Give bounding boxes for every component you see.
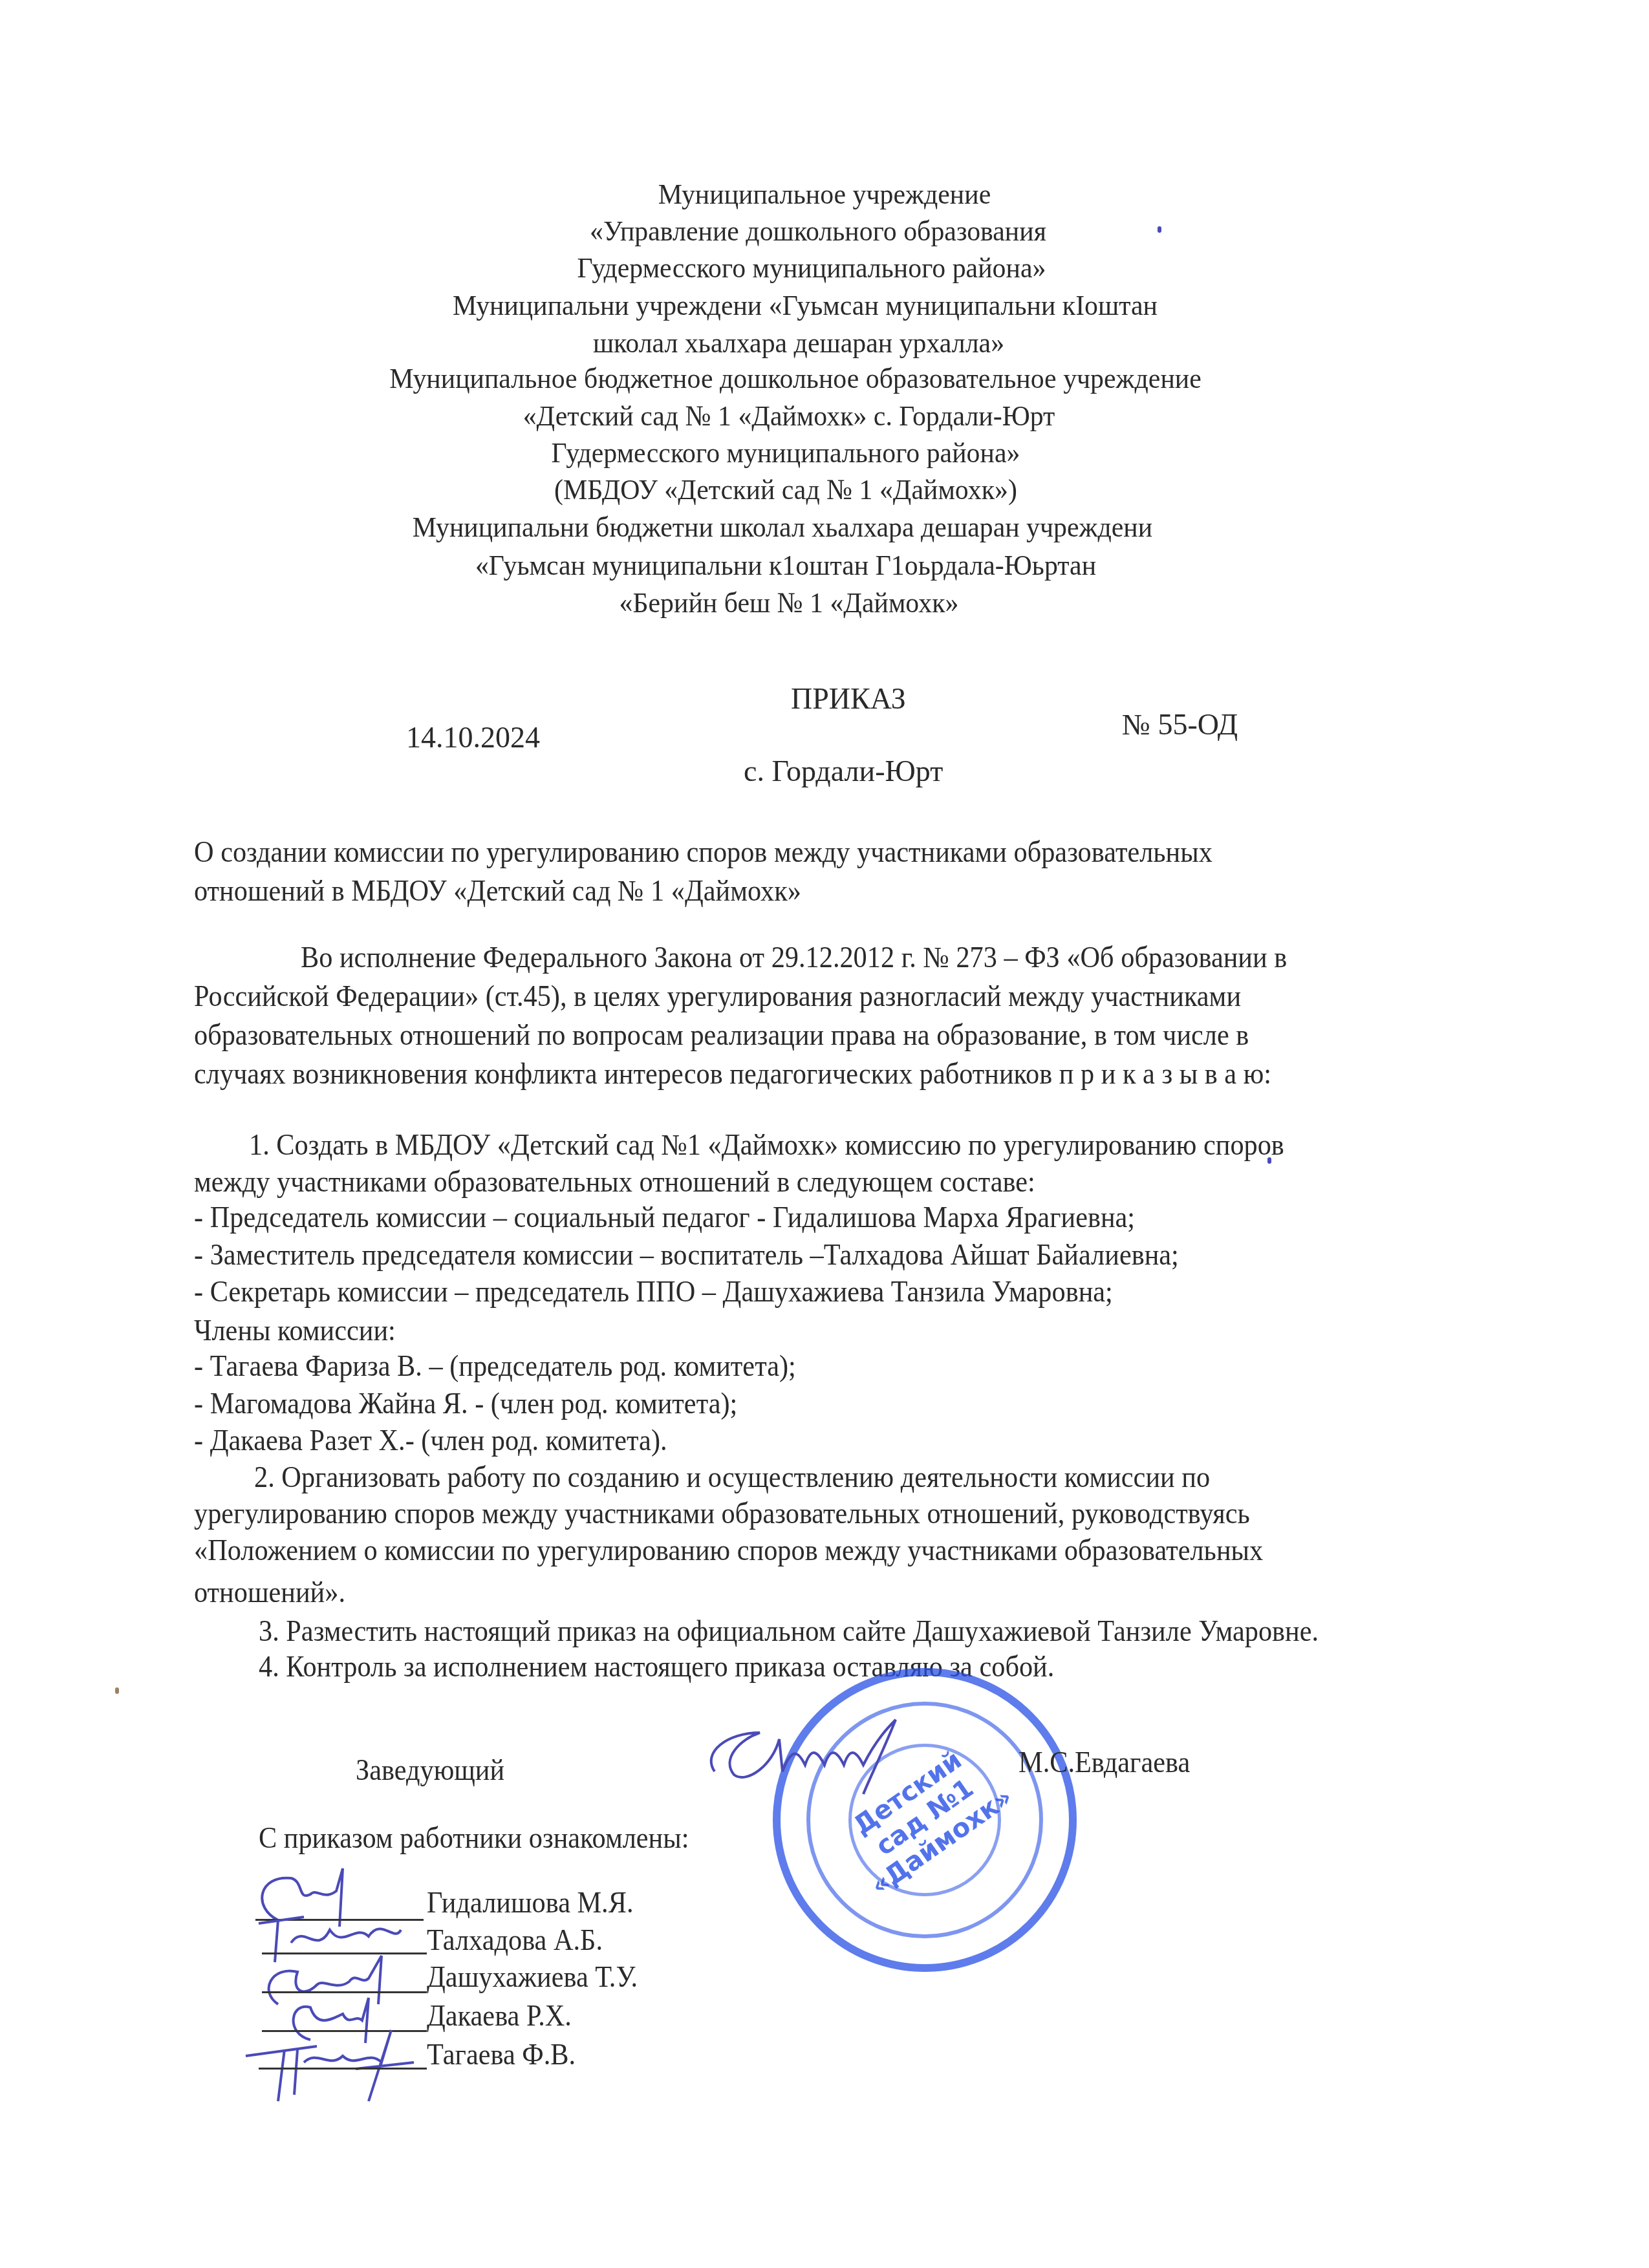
header-line: (МБДОУ «Детский сад № 1 «Даймохк») <box>19 475 1553 504</box>
signature-icon <box>239 2024 433 2108</box>
acknowledged-employee: Гидалишова М.Я. <box>427 1888 634 1918</box>
header-line: «Управление дошкольного образования <box>51 217 1585 246</box>
head-signature-icon <box>702 1713 960 1797</box>
header-line: Муниципальное бюджетное дошкольное образ… <box>28 364 1562 393</box>
subject-line: О создании комиссии по урегулированию сп… <box>194 837 1212 867</box>
preamble-line: Российской Федерации» (ст.45), в целях у… <box>194 981 1241 1011</box>
item-line: между участниками образовательных отноше… <box>194 1167 1035 1197</box>
acknowledged-employee: Дашухажиева Т.У. <box>427 1962 638 1992</box>
preamble-line: Во исполнение Федерального Закона от 29.… <box>301 943 1287 972</box>
item-line: отношений». <box>194 1578 345 1607</box>
preamble-line: случаях возникновения конфликта интересо… <box>194 1059 1271 1089</box>
item-line: урегулированию споров между участниками … <box>194 1499 1250 1528</box>
preamble-line: образовательных отношений по вопросам ре… <box>194 1020 1249 1050</box>
order-date: 14.10.2024 <box>406 723 540 753</box>
header-line: Муниципальни учреждени «Гуьмсан муниципа… <box>38 291 1572 320</box>
item-line: 2. Организовать работу по созданию и осу… <box>254 1462 1210 1492</box>
acknowledged-employee: Дакаева Р.Х. <box>427 2001 572 2031</box>
signature-line <box>262 1991 427 1993</box>
signature-line <box>259 2068 427 2070</box>
header-line: «Детский сад № 1 «Даймохк» с. Гордали-Юр… <box>22 401 1556 431</box>
item-line: 1. Создать в МБДОУ «Детский сад №1 «Дайм… <box>249 1130 1284 1160</box>
ink-speck <box>1267 1157 1271 1164</box>
commission-members-label: Члены комиссии: <box>194 1316 396 1345</box>
signatory-name: М.С.Евдагаева <box>1018 1748 1190 1777</box>
header-line: Муниципальни бюджетни школал хьалхара де… <box>16 513 1549 542</box>
commission-secretary: - Секретарь комиссии – председатель ППО … <box>194 1277 1113 1307</box>
header-line: «Гуьмсан муниципальни к1оштан Г1оьрдала-… <box>19 551 1553 580</box>
commission-member: - Магомадова Жайна Я. - (член род. комит… <box>194 1389 737 1418</box>
order-title: ПРИКАЗ <box>791 684 906 714</box>
acknowledged-employee: Тагаева Ф.В. <box>427 2040 576 2070</box>
document-page: Муниципальное учреждение «Управление дош… <box>0 0 1649 2268</box>
commission-member: - Тагаева Фариза В. – (председатель род.… <box>194 1351 796 1381</box>
order-place: с. Гордали-Юрт <box>744 756 943 786</box>
acknowledged-employee: Талхадова А.Б. <box>427 1925 603 1955</box>
header-line: Муниципальное учреждение <box>58 180 1591 209</box>
acknowledgement-title: С приказом работники ознакомлены: <box>259 1823 689 1853</box>
ink-speck <box>115 1687 119 1694</box>
ink-speck <box>1158 226 1161 233</box>
order-number: № 55-ОД <box>1122 710 1238 740</box>
order-item-3: 3. Разместить настоящий приказ на официа… <box>259 1616 1319 1646</box>
commission-chair: - Председатель комиссии – социальный пед… <box>194 1203 1135 1232</box>
item-line: «Положением о комиссии по урегулированию… <box>194 1535 1263 1565</box>
header-line: школал хьалхара дешаран урхалла» <box>32 328 1566 358</box>
commission-deputy: - Заместитель председателя комиссии – во… <box>194 1240 1179 1270</box>
header-line: «Берийн беш № 1 «Даймохк» <box>22 588 1556 617</box>
signatory-position: Заведующий <box>356 1755 504 1785</box>
subject-line: отношений в МБДОУ «Детский сад № 1 «Дайм… <box>194 876 801 906</box>
header-line: Гудермесского муниципального района» <box>45 253 1579 283</box>
header-line: Гудермесского муниципального района» <box>19 438 1553 467</box>
commission-member: - Дакаева Разет Х.- (член род. комитета)… <box>194 1426 667 1455</box>
